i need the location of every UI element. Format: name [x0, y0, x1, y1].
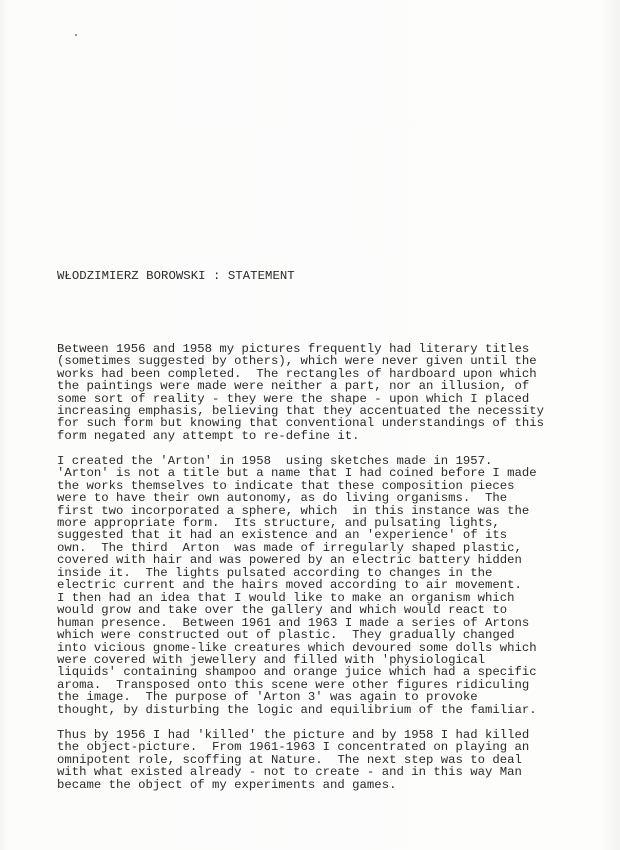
text-line: (sometimes suggested by others), which w… — [57, 355, 544, 367]
text-line: for such form but knowing that conventio… — [57, 417, 544, 429]
text-line: the object-picture. From 1961-1963 I con… — [57, 741, 529, 753]
text-line: which were constructed out of plastic. T… — [57, 629, 537, 641]
text-line: form negated any attempt to re-define it… — [57, 430, 544, 442]
text-line: electric current and the hairs moved acc… — [57, 579, 537, 591]
text-line: the image. The purpose of 'Arton 3' was … — [57, 691, 537, 703]
typewritten-page: WŁODZIMIERZ BOROWSKI : STATEMENT Between… — [0, 0, 620, 850]
text-line: the paintings were made were neither a p… — [57, 380, 544, 392]
paper-speck — [75, 34, 77, 36]
document-title: WŁODZIMIERZ BOROWSKI : STATEMENT — [57, 269, 295, 283]
text-line: became the object of my experiments and … — [57, 779, 529, 791]
text-line: would grow and take over the gallery and… — [57, 604, 537, 616]
text-line: 'Arton' is not a title but a name that I… — [57, 467, 537, 479]
text-line: with what existed already - not to creat… — [57, 766, 529, 778]
paragraph-2: I created the 'Arton' in 1958 using sket… — [57, 455, 537, 591]
text-line: liquids' containing shampoo and orange j… — [57, 666, 537, 678]
text-line: thought, by disturbing the logic and equ… — [57, 704, 537, 716]
paragraph-4: Thus by 1956 I had 'killed' the picture … — [57, 729, 529, 791]
text-line: covered with hair and was powered by an … — [57, 554, 537, 566]
text-line: suggested that it had an existence and a… — [57, 529, 537, 541]
paragraph-3: I then had an idea that I would like to … — [57, 592, 537, 716]
paragraph-1: Between 1956 and 1958 my pictures freque… — [57, 343, 544, 442]
text-line: were to have their own autonomy, as do l… — [57, 492, 537, 504]
